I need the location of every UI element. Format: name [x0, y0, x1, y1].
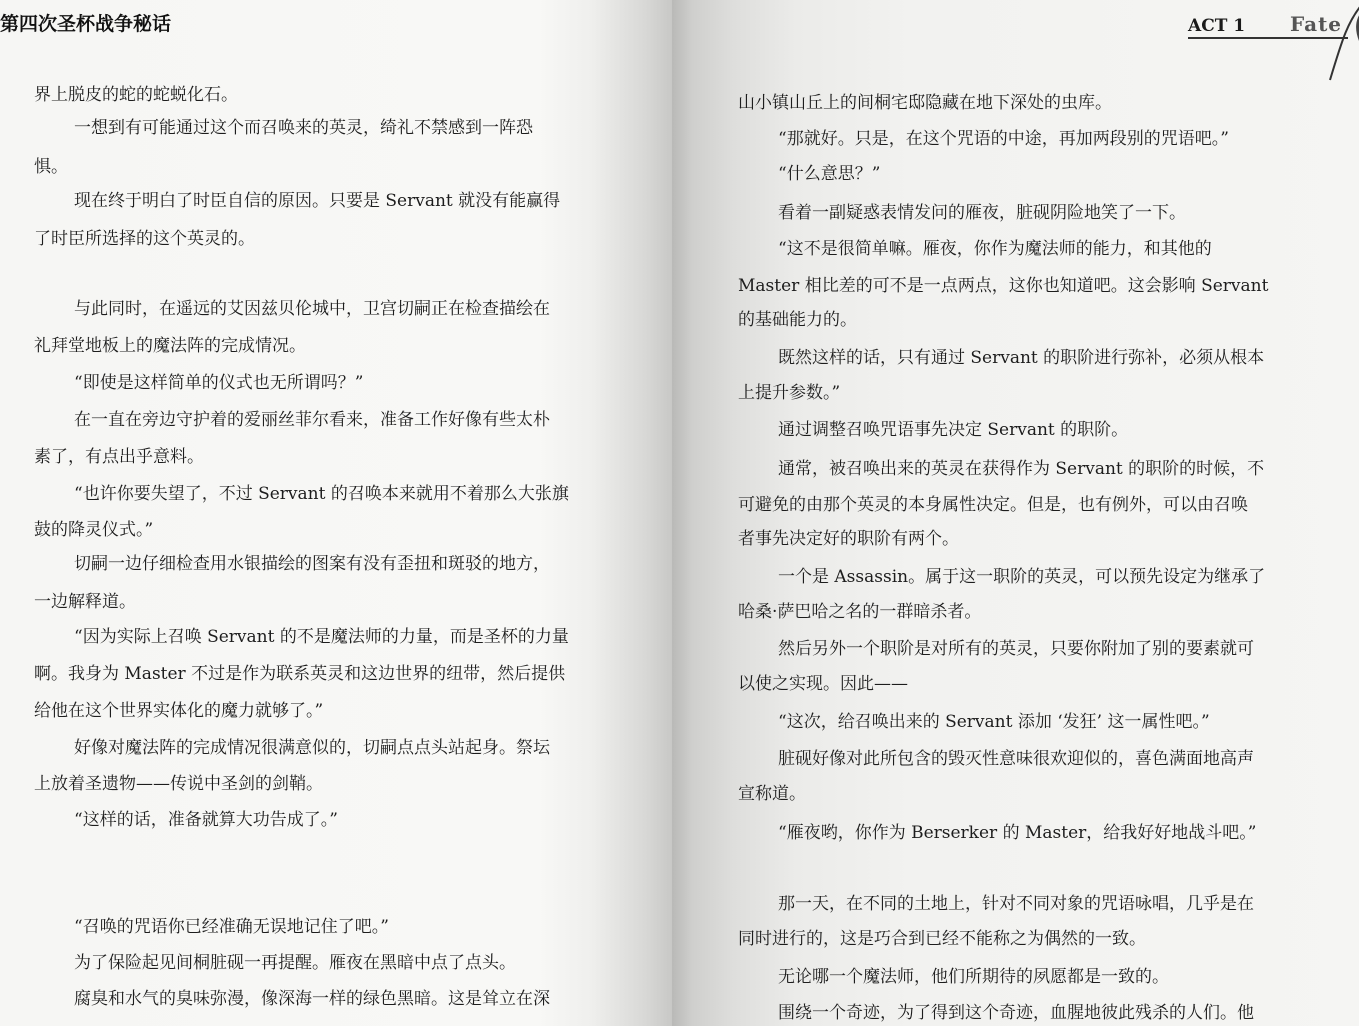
text-line: “也许你要失望了，不过 Servant 的召唤本来就用不着那么大张旗: [74, 479, 569, 504]
text-line: 鼓的降灵仪式。”: [34, 515, 153, 540]
text-line: 切嗣一边仔细检查用水银描绘的图案有没有歪扭和斑驳的地方，: [74, 549, 550, 574]
text-line: 看着一副疑惑表情发问的雁夜，脏砚阴险地笑了一下。: [778, 198, 1186, 223]
text-line: 素了，有点出乎意料。: [34, 442, 204, 467]
text-line: 通常，被召唤出来的英灵在获得作为 Servant 的职阶的时候，不: [778, 454, 1264, 479]
text-line: “即使是这样简单的仪式也无所谓吗？”: [74, 368, 363, 393]
left-page: 第四次圣杯战争秘话 界上脱皮的蛇的蛇蜕化石。一想到有可能通过这个而召唤来的英灵，…: [0, 0, 672, 1026]
text-line: “什么意思？”: [778, 159, 880, 184]
right-page-body: 山小镇山丘上的间桐宅邸隐藏在地下深处的虫库。“那就好。只是，在这个咒语的中途，再…: [738, 0, 1338, 1026]
text-line: 上提升参数。”: [738, 378, 840, 403]
text-line: 者事先决定好的职阶有两个。: [738, 524, 959, 549]
text-line: 现在终于明白了时臣自信的原因。只要是 Servant 就没有能赢得: [74, 186, 560, 211]
text-line: Master 相比差的可不是一点两点，这你也知道吧。这会影响 Servant: [738, 271, 1268, 296]
text-line: “雁夜哟，你作为 Berserker 的 Master，给我好好地战斗吧。”: [778, 818, 1256, 843]
text-line: 给他在这个世界实体化的魔力就够了。”: [34, 696, 323, 721]
text-line: 一想到有可能通过这个而召唤来的英灵，绮礼不禁感到一阵恐: [74, 113, 533, 138]
text-line: 可避免的由那个英灵的本身属性决定。但是，也有例外，可以由召唤: [738, 490, 1248, 515]
text-line: 惧。: [34, 152, 68, 177]
text-line: 礼拜堂地板上的魔法阵的完成情况。: [34, 331, 306, 356]
text-line: 上放着圣遗物——传说中圣剑的剑鞘。: [34, 769, 323, 794]
text-line: 同时进行的，这是巧合到已经不能称之为偶然的一致。: [738, 924, 1146, 949]
text-line: 啊。我身为 Master 不过是作为联系英灵和这边世界的纽带，然后提供: [34, 659, 565, 684]
text-line: 以使之实现。因此——: [738, 669, 908, 694]
text-line: 的基础能力的。: [738, 305, 857, 330]
text-line: 通过调整召唤咒语事先决定 Servant 的职阶。: [778, 415, 1128, 440]
right-page: ACT 1 Fate 山小镇山丘上的间桐宅邸隐藏在地下深处的虫库。“那就好。只是…: [672, 0, 1359, 1026]
text-line: 然后另外一个职阶是对所有的英灵，只要你附加了别的要素就可: [778, 634, 1254, 659]
text-line: 无论哪一个魔法师，他们所期待的夙愿都是一致的。: [778, 962, 1169, 987]
text-line: “召唤的咒语你已经准确无误地记住了吧。”: [74, 912, 389, 937]
text-line: 界上脱皮的蛇的蛇蜕化石。: [34, 80, 238, 105]
text-line: 好像对魔法阵的完成情况很满意似的，切嗣点点头站起身。祭坛: [74, 733, 550, 758]
text-line: 哈桑·萨巴哈之名的一群暗杀者。: [738, 597, 981, 622]
text-line: 在一直在旁边守护着的爱丽丝菲尔看来，准备工作好像有些太朴: [74, 405, 550, 430]
text-line: “因为实际上召唤 Servant 的不是魔法师的力量，而是圣杯的力量: [74, 622, 569, 647]
left-page-body: 界上脱皮的蛇的蛇蜕化石。一想到有可能通过这个而召唤来的英灵，绮礼不禁感到一阵恐惧…: [34, 0, 634, 1026]
text-line: 一边解释道。: [34, 587, 136, 612]
text-line: 既然这样的话，只有通过 Servant 的职阶进行弥补，必须从根本: [778, 343, 1264, 368]
text-line: “那就好。只是，在这个咒语的中途，再加两段别的咒语吧。”: [778, 124, 1229, 149]
text-line: “这次，给召唤出来的 Servant 添加 ‘发狂’ 这一属性吧。”: [778, 707, 1210, 732]
text-line: “这样的话，准备就算大功告成了。”: [74, 805, 338, 830]
text-line: 那一天，在不同的土地上，针对不同对象的咒语咏唱，几乎是在: [778, 889, 1254, 914]
text-line: 山小镇山丘上的间桐宅邸隐藏在地下深处的虫库。: [738, 88, 1112, 113]
text-line: 与此同时，在遥远的艾因兹贝伦城中，卫宫切嗣正在检查描绘在: [74, 294, 550, 319]
text-line: 宣称道。: [738, 779, 806, 804]
text-line: “这不是很简单嘛。雁夜，你作为魔法师的能力，和其他的: [778, 234, 1212, 259]
text-line: 了时臣所选择的这个英灵的。: [34, 224, 255, 249]
text-line: 围绕一个奇迹，为了得到这个奇迹，血腥地彼此残杀的人们。他: [778, 998, 1254, 1023]
text-line: 腐臭和水气的臭味弥漫，像深海一样的绿色黑暗。这是耸立在深: [74, 984, 550, 1009]
text-line: 一个是 Assassin。属于这一职阶的英灵，可以预先设定为继承了: [778, 562, 1265, 587]
text-line: 脏砚好像对此所包含的毁灭性意味很欢迎似的，喜色满面地高声: [778, 744, 1254, 769]
text-line: 为了保险起见间桐脏砚一再提醒。雁夜在黑暗中点了点头。: [74, 948, 516, 973]
